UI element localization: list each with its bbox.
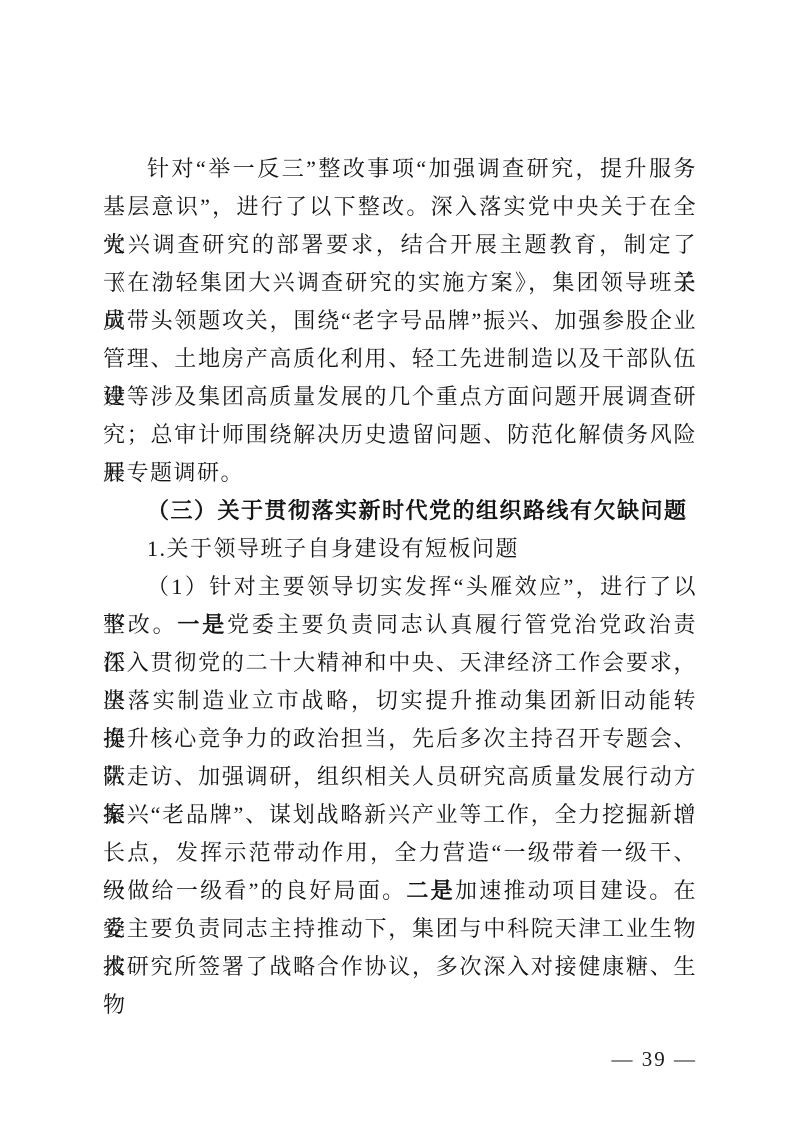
text-segment: 设等涉及集团高质量发展的几个重点方面问题开展调查研 — [103, 384, 697, 409]
text-line: 展专题调研。 — [103, 454, 697, 492]
text-line: 于在渤轻集团大兴调查研究的实施方案》，集团领导班子成 — [103, 264, 697, 302]
text-line: 整改。一是党委主要负责同志认真履行管党治党政治责任， — [103, 606, 697, 644]
text-line: （1）针对主要领导切实发挥“头雁效应”，进行了以下 — [103, 568, 697, 606]
text-segment: 展专题调研。 — [103, 460, 244, 485]
bold-text-segment: 二是 — [406, 878, 455, 903]
text-line: 长点，发挥示范带动作用，全力营造“一级带着一级干、一 — [103, 834, 697, 872]
bold-text-segment: （三）关于贯彻落实新时代党的组织路线有欠缺问题 — [147, 498, 688, 523]
text-segment: 员带头领题攻关，围绕“老字号品牌”振兴、加强参股企业 — [103, 308, 697, 333]
text-line: 1.关于领导班子自身建设有短板问题 — [103, 530, 697, 568]
text-line: 究；总审计师围绕解决历史遗留问题、防范化解债务风险开 — [103, 416, 697, 454]
bold-text-segment: 一是 — [177, 612, 227, 637]
text-segment: 针对“举一反三”整改事项“加强调查研究，提升服务 — [147, 156, 697, 181]
text-segment: 级做给一级看”的良好局面。 — [103, 878, 406, 903]
text-line: （三）关于贯彻落实新时代党的组织路线有欠缺问题 — [103, 492, 697, 530]
text-segment: 术研究所签署了战略合作协议，多次深入对接健康糖、生物 — [103, 954, 697, 1017]
text-segment: 振兴“老品牌”、谋划战略新兴产业等工作，全力挖掘新增 — [103, 802, 697, 827]
text-line: 设等涉及集团高质量发展的几个重点方面问题开展调查研 — [103, 378, 697, 416]
text-line: 基层意识”，进行了以下整改。深入落实党中央关于在全党 — [103, 188, 697, 226]
text-line: 员带头领题攻关，围绕“老字号品牌”振兴、加强参股企业 — [103, 302, 697, 340]
text-line: 提升核心竞争力的政治担当，先后多次主持召开专题会、带 — [103, 720, 697, 758]
text-line: 决落实制造业立市战略，切实提升推动集团新旧动能转换、 — [103, 682, 697, 720]
document-body: 针对“举一反三”整改事项“加强调查研究，提升服务基层意识”，进行了以下整改。深入… — [103, 150, 697, 986]
text-line: 级做给一级看”的良好局面。二是加速推动项目建设。在党 — [103, 872, 697, 910]
text-segment: 整改。 — [103, 612, 177, 637]
text-line: 术研究所签署了战略合作协议，多次深入对接健康糖、生物 — [103, 948, 697, 986]
text-segment: 1.关于领导班子自身建设有短板问题 — [147, 536, 519, 561]
page-number: — 39 — — [612, 1045, 698, 1073]
document-page: 针对“举一反三”整改事项“加强调查研究，提升服务基层意识”，进行了以下整改。深入… — [0, 0, 800, 1131]
text-line: 深入贯彻党的二十大精神和中央、天津经济工作会要求，坚 — [103, 644, 697, 682]
text-line: 队走访、加强调研，组织相关人员研究高质量发展行动方案、 — [103, 758, 697, 796]
text-line: 管理、土地房产高质化利用、轻工先进制造以及干部队伍建 — [103, 340, 697, 378]
text-line: 大兴调查研究的部署要求，结合开展主题教育，制定了《关 — [103, 226, 697, 264]
text-line: 委主要负责同志主持推动下，集团与中科院天津工业生物技 — [103, 910, 697, 948]
text-line: 针对“举一反三”整改事项“加强调查研究，提升服务 — [103, 150, 697, 188]
text-line: 振兴“老品牌”、谋划战略新兴产业等工作，全力挖掘新增 — [103, 796, 697, 834]
